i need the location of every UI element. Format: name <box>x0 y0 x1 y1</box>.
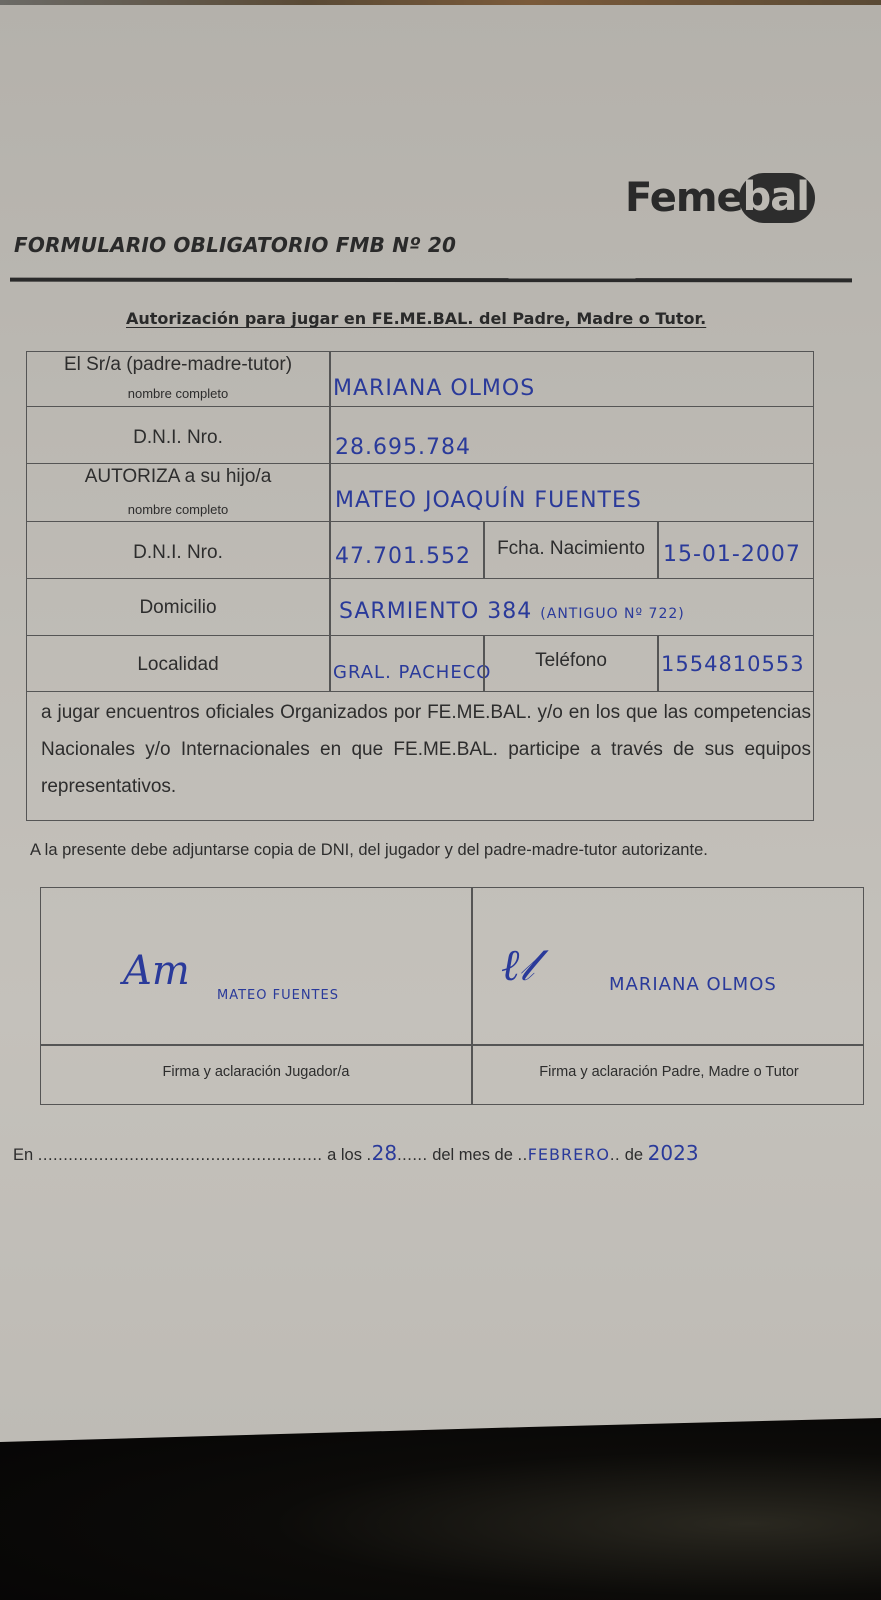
year-field[interactable]: 2023 <box>648 1141 699 1165</box>
player-signature-label: Firma y aclaración Jugador/a <box>41 1064 471 1080</box>
date-prefix: En <box>13 1146 33 1164</box>
birth-date-label: Fcha. Nacimiento <box>485 538 657 560</box>
column-divider <box>657 636 659 691</box>
locality-field[interactable]: GRAL. PACHECO <box>333 662 491 683</box>
address-label: Domicilio <box>27 597 329 619</box>
child-dni-label: D.N.I. Nro. <box>27 542 329 564</box>
locality-label: Localidad <box>27 654 329 676</box>
player-signature-scribble: Am <box>123 948 190 994</box>
de-label: de <box>625 1146 643 1164</box>
player-clarification: MATEO FUENTES <box>217 988 339 1003</box>
date-line: En .....................................… <box>13 1141 699 1165</box>
guardian-dni-label: D.N.I. Nro. <box>27 427 329 449</box>
form-paper: Femebal FORMULARIO OBLIGATORIO FMB Nº 20… <box>0 5 881 1445</box>
row-child-dni: D.N.I. Nro. 47.701.552 Fcha. Nacimiento … <box>27 522 813 579</box>
column-divider <box>657 522 659 578</box>
day-dots: ...... <box>397 1146 428 1164</box>
guardian-signature-scribble: ℓ𝓁 <box>501 940 534 991</box>
child-dni-field[interactable]: 47.701.552 <box>335 544 471 569</box>
row-address: Domicilio SARMIENTO 384 (ANTIGUO Nº 722) <box>27 579 813 636</box>
guardian-dni-field[interactable]: 28.695.784 <box>335 435 471 460</box>
header-divider <box>10 278 852 283</box>
authorization-text: a jugar encuentros oficiales Organizados… <box>41 694 811 805</box>
child-name-field[interactable]: MATEO JOAQUÍN FUENTES <box>335 488 642 513</box>
guardian-label: El Sr/a (padre-madre-tutor) <box>27 354 329 376</box>
place-field[interactable]: ........................................… <box>38 1146 323 1164</box>
guardian-signature-label: Firma y aclaración Padre, Madre o Tutor <box>473 1064 865 1080</box>
signatures-table: Am MATEO FUENTES Firma y aclaración Juga… <box>40 887 864 1105</box>
row-guardian-dni: D.N.I. Nro. 28.695.784 <box>27 407 813 464</box>
month-dots: .. <box>610 1146 620 1164</box>
guardian-name-field[interactable]: MARIANA OLMOS <box>333 376 535 401</box>
del-mes-de-label: del mes de <box>432 1146 513 1164</box>
form-code: FORMULARIO OBLIGATORIO FMB Nº 20 <box>14 233 456 257</box>
guardian-signature-field[interactable]: ℓ𝓁 MARIANA OLMOS <box>473 888 865 1044</box>
form-title: Autorización para jugar en FE.ME.BAL. de… <box>126 309 706 328</box>
femebal-logo: Femebal <box>625 168 815 228</box>
child-sublabel: nombre completo <box>27 502 329 517</box>
authorization-table: El Sr/a (padre-madre-tutor) nombre compl… <box>26 351 814 821</box>
photo-background-surface <box>0 1410 881 1600</box>
attachment-notice: A la presente debe adjuntarse copia de D… <box>30 841 708 860</box>
logo-text: Feme <box>625 175 743 221</box>
a-los-label: a los <box>327 1146 362 1164</box>
row-locality: Localidad GRAL. PACHECO Teléfono 1554810… <box>27 636 813 692</box>
child-label: AUTORIZA a su hijo/a <box>27 466 329 488</box>
guardian-clarification: MARIANA OLMOS <box>609 974 777 995</box>
address-note: (ANTIGUO Nº 722) <box>540 606 684 622</box>
row-guardian-name: El Sr/a (padre-madre-tutor) nombre compl… <box>27 352 813 407</box>
birth-date-field[interactable]: 15-01-2007 <box>663 542 801 567</box>
day-field[interactable]: 28 <box>372 1141 397 1165</box>
address-field[interactable]: SARMIENTO 384 (ANTIGUO Nº 722) <box>339 599 685 624</box>
signature-baseline <box>41 1044 863 1046</box>
month-field[interactable]: FEBRERO <box>528 1145 610 1164</box>
guardian-sublabel: nombre completo <box>27 386 329 401</box>
month-dots: .. <box>518 1146 528 1164</box>
player-signature-field[interactable]: Am MATEO FUENTES <box>41 888 471 1044</box>
phone-field[interactable]: 1554810553 <box>661 652 805 676</box>
row-child-name: AUTORIZA a su hijo/a nombre completo MAT… <box>27 464 813 522</box>
logo-badge: bal <box>739 173 815 223</box>
phone-label: Teléfono <box>485 650 657 672</box>
address-value: SARMIENTO 384 <box>339 599 532 624</box>
